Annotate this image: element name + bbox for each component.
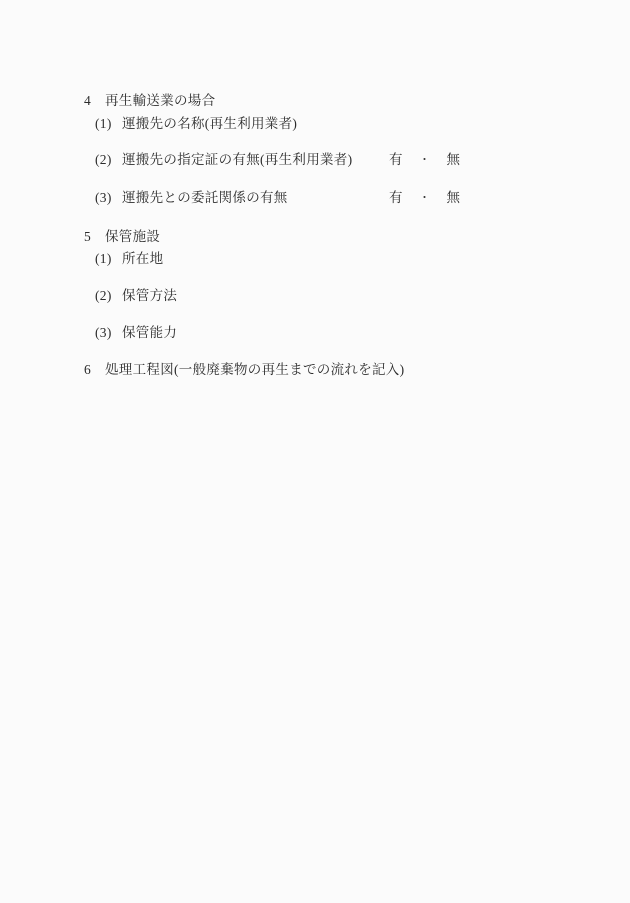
choice-yes: 有 — [389, 190, 403, 206]
choice-no: 無 — [447, 190, 461, 206]
item-label: (1) — [95, 251, 122, 267]
section-5-heading: 5保管施設 — [84, 229, 160, 245]
section-4-item-1: (1)運搬先の名称(再生利用業者) — [95, 116, 297, 132]
section-title: 処理工程図(一般廃棄物の再生までの流れを記入) — [105, 362, 404, 377]
section-5-item-1: (1)所在地 — [95, 251, 163, 267]
choice-no: 無 — [447, 152, 461, 168]
section-title: 保管施設 — [105, 229, 160, 244]
section-4-heading: 4再生輸送業の場合 — [84, 93, 215, 109]
section-number: 5 — [84, 229, 105, 245]
section-number: 4 — [84, 93, 105, 109]
item-label: (1) — [95, 116, 122, 132]
document-page: 4再生輸送業の場合 (1)運搬先の名称(再生利用業者) (2)運搬先の指定証の有… — [0, 0, 630, 903]
section-4-item-2: (2)運搬先の指定証の有無(再生利用業者) — [95, 152, 352, 168]
item-label: (3) — [95, 190, 122, 206]
choice-separator-dot: ・ — [419, 152, 430, 168]
item-text: 保管方法 — [122, 288, 177, 303]
section-5-item-2: (2)保管方法 — [95, 288, 177, 304]
section-4-item-3: (3)運搬先との委託関係の有無 — [95, 190, 288, 206]
choice-separator-dot: ・ — [419, 190, 430, 206]
item-text: 運搬先との委託関係の有無 — [122, 190, 288, 205]
item-label: (2) — [95, 152, 122, 168]
yes-no-choice-item-2: 有 ・ 無 — [389, 152, 460, 168]
item-text: 所在地 — [122, 251, 163, 266]
item-label: (2) — [95, 288, 122, 304]
section-number: 6 — [84, 362, 105, 378]
choice-yes: 有 — [389, 152, 403, 168]
item-label: (3) — [95, 325, 122, 341]
yes-no-choice-item-3: 有 ・ 無 — [389, 190, 460, 206]
section-5-item-3: (3)保管能力 — [95, 325, 177, 341]
item-text: 運搬先の指定証の有無(再生利用業者) — [122, 152, 352, 167]
item-text: 運搬先の名称(再生利用業者) — [122, 116, 297, 131]
section-title: 再生輸送業の場合 — [105, 93, 215, 108]
item-text: 保管能力 — [122, 325, 177, 340]
section-6-heading: 6処理工程図(一般廃棄物の再生までの流れを記入) — [84, 362, 404, 378]
